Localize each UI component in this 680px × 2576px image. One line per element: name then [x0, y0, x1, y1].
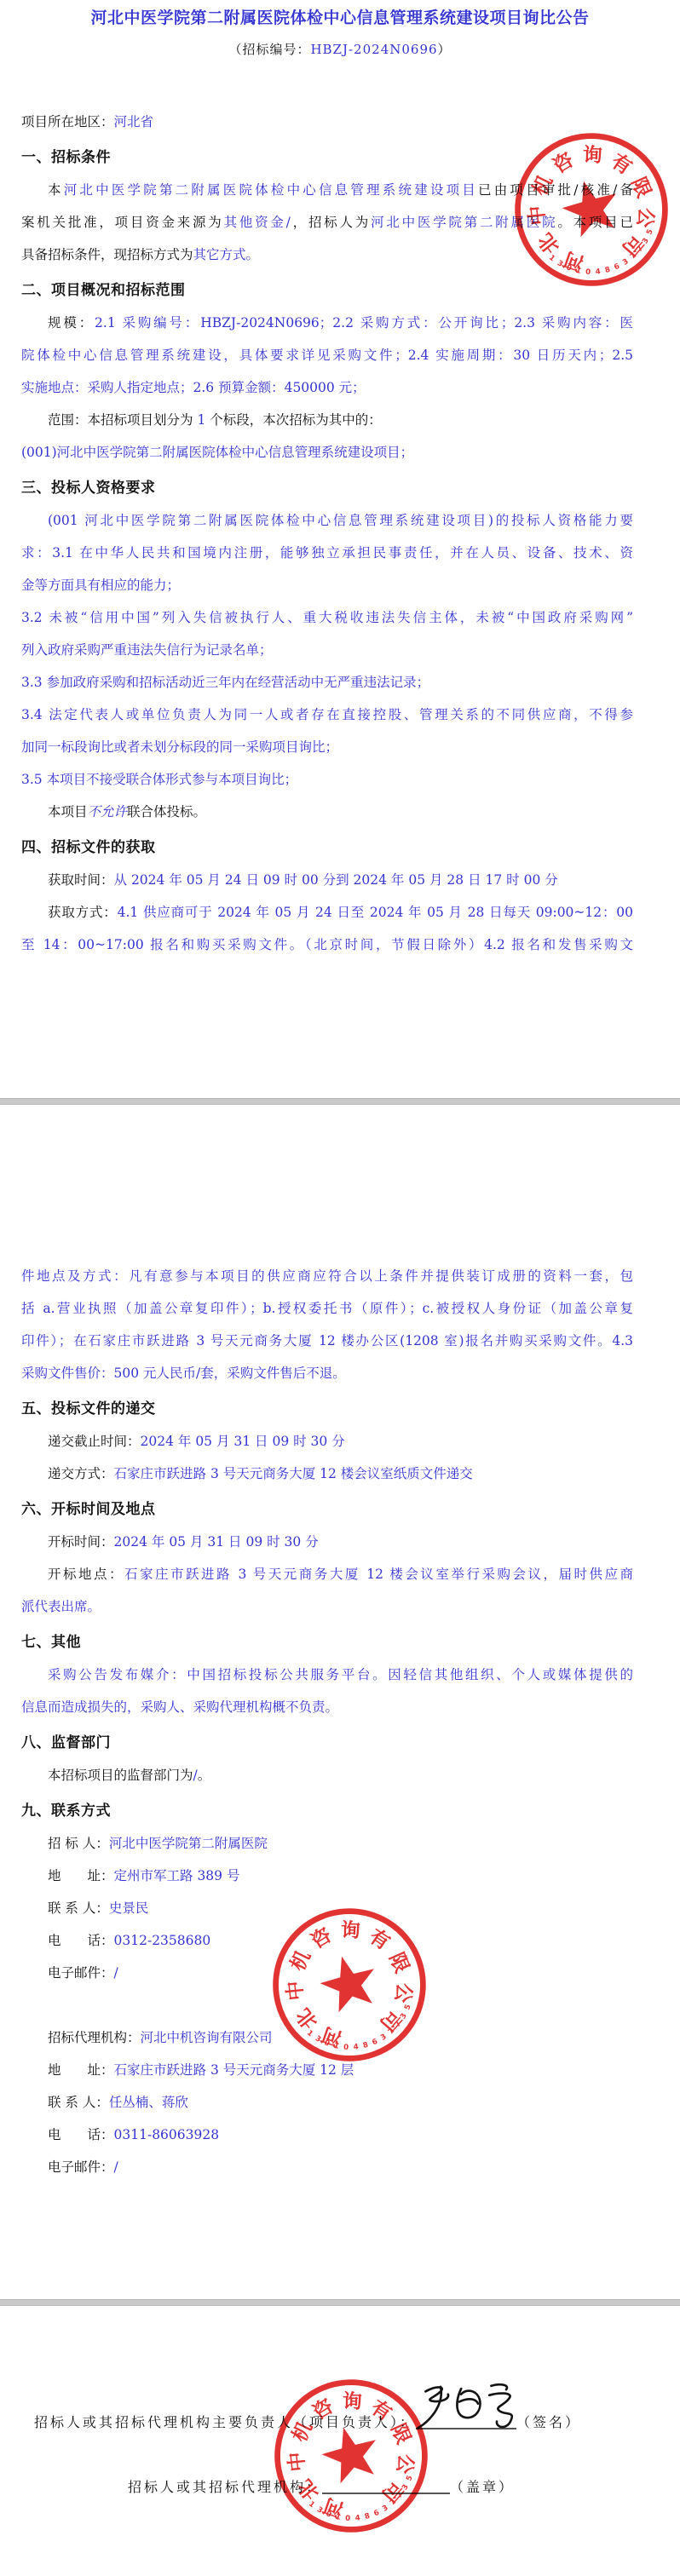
text-run: 求：3.1 在中华人民共和国境内注册，能够独立承担民事责任，并在人员、设备、技术…	[21, 545, 633, 561]
doc-line: 本招标项目的监督部门为/。	[21, 1759, 633, 1791]
text-run: 从 2024 年 05 月 24 日 09 时 00 分到 2024 年 05 …	[114, 872, 558, 888]
text-run: 河北中医学院第二附属医院体检中心信息管理系统建设项目	[64, 182, 478, 198]
doc-line: 地 址：石家庄市跃进路 3 号天元商务大厦 12 层	[21, 2054, 633, 2086]
tender-number: （招标编号：HBZJ-2024N0696）	[0, 39, 680, 60]
text-run: ）	[438, 42, 452, 57]
text-run: 招 标 人：	[48, 1836, 109, 1851]
page-1-body: 项目所在地区：河北省一、招标条件本河北中医学院第二附属医院体检中心信息管理系统建…	[0, 106, 680, 961]
doc-line: 项目所在地区：河北省	[21, 106, 633, 138]
page-title: 河北中医学院第二附属医院体检中心信息管理系统建设项目询比公告	[0, 5, 680, 31]
text-run: 地 址：	[48, 1868, 114, 1883]
doc-line: 开标时间：2024 年 05 月 31 日 09 时 30 分	[21, 1526, 633, 1558]
text-run: /	[114, 1965, 118, 1981]
page-3: 招标人或其招标代理机构主要负责人（项目负责人）： （签名） 招标人或其招标代理机…	[0, 2306, 680, 2576]
text-run: 院体检中心信息管理系统建设，具体要求详见采购文件；2.4 实施周期：30 日历天…	[21, 348, 633, 363]
text-run: 已由项目审批/核准/备	[478, 182, 633, 198]
text-run: 石家庄市跃进路 3 号天元商务大厦 12 楼会议室举行采购会议，届时供应商	[124, 1567, 633, 1582]
text-run: 获取时间：	[48, 872, 114, 888]
text-run: 派代表出席。	[21, 1599, 101, 1614]
signature-row-1: 招标人或其招标代理机构主要负责人（项目负责人）： （签名）	[0, 2306, 680, 2435]
doc-line: 招标代理机构：河北中机咨询有限公司	[21, 2021, 633, 2054]
text-run: 至 14：00~17:00 报名和购买采购文件。（北京时间，节假日除外）4.2 …	[21, 937, 633, 952]
doc-line: 递交方式：石家庄市跃进路 3 号天元商务大厦 12 楼会议室纸质文件递交	[21, 1458, 633, 1490]
doc-line: 求：3.1 在中华人民共和国境内注册，能够独立承担民事责任，并在人员、设备、技术…	[21, 537, 633, 569]
text-run: 开标地点：	[48, 1567, 124, 1582]
text-run: 具备招标条件，现招标方式为	[21, 247, 193, 262]
doc-line: 采购公告发布媒介：中国招标投标公共服务平台。因轻信其他组织、个人或媒体提供的	[21, 1659, 633, 1691]
text-run: 本	[48, 182, 64, 198]
doc-line: (001 河北中医学院第二附属医院体检中心信息管理系统建设项目)的投标人资格能力…	[21, 504, 633, 537]
text-run: 4.1 供应商可于 2024 年 05 月 24 日至 2024 年 05 月 …	[118, 905, 633, 920]
doc-line: 开标地点：石家庄市跃进路 3 号天元商务大厦 12 楼会议室举行采购会议，届时供…	[21, 1558, 633, 1590]
text-run: 2024 年 05 月 31 日 09 时 30 分	[114, 1534, 319, 1550]
doc-line: 采购文件售价：500 元人民币/套，采购文件售后不退。	[21, 1357, 633, 1389]
text-run: 2.1 采购编号：HBZJ-2024N0696；2.2 采购方式：公开询比；2.…	[95, 315, 633, 331]
text-run: 采购文件售价：500 元人民币/套，采购文件售后不退。	[21, 1366, 346, 1381]
doc-line: 印件）；在石家庄市跃进路 3 号天元商务大厦 12 楼办公区(1208 室)报名…	[21, 1325, 633, 1357]
text-run: 3.5 本项目不接受联合体形式参与本项目询比；	[21, 772, 297, 787]
signature-label: 招标人或其招标代理机构主要负责人（项目负责人）：	[34, 2414, 416, 2430]
handwritten-signature	[409, 2378, 528, 2435]
doc-line: 派代表出席。	[21, 1590, 633, 1623]
text-run: 电 话：	[48, 1933, 114, 1948]
text-run: 3.4 法定代表人或单位负责人为同一人或者存在直接控股、管理关系的不同供应商，不…	[21, 707, 633, 722]
text-run: 0312-2358680	[114, 1933, 211, 1948]
doc-line: 金等方面具有相应的能力；	[21, 569, 633, 601]
doc-line: 具备招标条件，现招标方式为其它方式。	[21, 239, 633, 271]
section-heading: 一、招标条件	[21, 141, 633, 174]
doc-line: 规模：2.1 采购编号：HBZJ-2024N0696；2.2 采购方式：公开询比…	[21, 307, 633, 339]
section-heading: 四、招标文件的获取	[21, 831, 633, 864]
text-run: 印件）；在石家庄市跃进路 3 号天元商务大厦 12 楼办公区(1208 室)报名…	[21, 1333, 633, 1348]
text-run: 0311-86063928	[114, 2127, 220, 2142]
text-run: 递交截止时间：	[48, 1434, 141, 1449]
text-run: 石家庄市跃进路 3 号天元商务大厦 12 楼会议室纸质文件递交	[114, 1466, 473, 1481]
text-run: 电子邮件：	[48, 2159, 114, 2175]
text-run: 电 话：	[48, 2127, 114, 2142]
text-run: 史景民	[109, 1900, 149, 1916]
text-run: 本招标项目的监督部门为	[48, 1768, 193, 1783]
doc-line: 电 话：0312-2358680	[21, 1924, 633, 1957]
doc-line: 括 a.营业执照（加盖公章复印件）；b.授权委托书（原件）；c.被授权人身份证（…	[21, 1292, 633, 1325]
doc-line: 3.4 法定代表人或单位负责人为同一人或者存在直接控股、管理关系的不同供应商，不…	[21, 699, 633, 731]
seal-suffix: （盖章）	[450, 2479, 515, 2495]
doc-line: 本河北中医学院第二附属医院体检中心信息管理系统建设项目已由项目审批/核准/备	[21, 174, 633, 206]
text-run: (001 河北中医学院第二附属医院体检中心信息管理系统建设项目)的投标人资格能力…	[48, 513, 633, 528]
text-run: 任丛楠、蒋欣	[109, 2095, 188, 2110]
page-2-body: 件地点及方式：凡有意参与本项目的供应商应符合以上条件并提供装订成册的资料一套，包…	[0, 1105, 680, 2183]
section-heading: 二、项目概况和招标范围	[21, 274, 633, 307]
text-run: 信息而造成损失的，采购人、采购代理机构概不负责。	[21, 1699, 338, 1715]
section-heading: 三、投标人资格要求	[21, 472, 633, 504]
text-run: 联 系 人：	[48, 2095, 109, 2110]
doc-line: 获取时间：从 2024 年 05 月 24 日 09 时 00 分到 2024 …	[21, 864, 633, 896]
page-1: 河北中医学院第二附属医院体检中心信息管理系统建设项目询比公告 （招标编号：HBZ…	[0, 5, 680, 1098]
section-heading: 八、监督部门	[21, 1727, 633, 1759]
doc-line: 招 标 人：河北中医学院第二附属医院	[21, 1827, 633, 1860]
doc-line: 递交截止时间：2024 年 05 月 31 日 09 时 30 分	[21, 1425, 633, 1458]
signature-line	[416, 2412, 516, 2429]
section-heading: 六、开标时间及地点	[21, 1493, 633, 1526]
section-heading: 七、其他	[21, 1626, 633, 1659]
text-run: 3.2 未被“信用中国”列入失信被执行人、重大税收违法失信主体，未被“中国政府采…	[21, 610, 633, 625]
seal-line	[322, 2477, 450, 2494]
doc-line: 加同一标段询比或者未划分标段的同一采购项目询比；	[21, 731, 633, 763]
text-run: 河北中医学院第二附属医院	[371, 215, 557, 230]
document: { "colors": { "blue": "#3434d3", "red": …	[0, 0, 680, 2576]
text-run: (001)河北中医学院第二附属医院体检中心信息管理系统建设项目；	[21, 445, 413, 460]
doc-line: 信息而造成损失的，采购人、采购代理机构概不负责。	[21, 1691, 633, 1723]
text-run: 河北省	[114, 114, 154, 129]
text-run: 金等方面具有相应的能力；	[21, 578, 180, 593]
page-separator	[0, 1098, 680, 1105]
page-separator	[0, 2299, 680, 2306]
doc-line: 3.2 未被“信用中国”列入失信被执行人、重大税收违法失信主体，未被“中国政府采…	[21, 601, 633, 634]
text-run: HBZJ-2024N0696	[310, 42, 437, 57]
text-run: 联合体投标。	[127, 804, 206, 819]
text-run: 石家庄市跃进路 3 号天元商务大厦 12 层	[114, 2062, 354, 2078]
doc-line: 3.5 本项目不接受联合体形式参与本项目询比；	[21, 763, 633, 796]
text-run: 递交方式：	[48, 1466, 114, 1481]
text-run: 本项目	[48, 804, 88, 819]
doc-line: 联 系 人：任丛楠、蒋欣	[21, 2086, 633, 2119]
doc-line: 地 址：定州市军工路 389 号	[21, 1860, 633, 1892]
text-run: 案机关批准，项目资金来源为	[21, 215, 224, 230]
doc-line: (001)河北中医学院第二附属医院体检中心信息管理系统建设项目；	[21, 436, 633, 469]
text-run: 其他资金/	[224, 215, 291, 230]
text-run: 括 a.营业执照（加盖公章复印件）；b.授权委托书（原件）；c.被授权人身份证（…	[21, 1301, 633, 1316]
text-run: 。本项目已	[557, 215, 633, 230]
doc-line: 电子邮件：/	[21, 2151, 633, 2183]
doc-line: 电 话：0311-86063928	[21, 2119, 633, 2151]
doc-line: 实施地点：采购人指定地点；2.6 预算金额：450000 元；	[21, 371, 633, 404]
doc-line: 本项目不允许联合体投标。	[21, 796, 633, 828]
signature-row-2: 招标人或其招标代理机构：（盖章）	[0, 2475, 680, 2500]
section-heading: 五、投标文件的递交	[21, 1393, 633, 1425]
doc-line: 列入政府采购严重违法失信行为记录名单；	[21, 634, 633, 666]
doc-line: 联 系 人：史景民	[21, 1892, 633, 1924]
doc-line: 3.3 参加政府采购和招标活动近三年内在经营活动中无严重违法记录；	[21, 666, 633, 699]
text-run: 采购公告发布媒介：中国招标投标公共服务平台。因轻信其他组织、个人或媒体提供的	[48, 1667, 633, 1682]
text-run: /	[114, 2159, 118, 2175]
doc-line: 电子邮件：/	[21, 1957, 633, 1989]
page-2: 件地点及方式：凡有意参与本项目的供应商应符合以上条件并提供装订成册的资料一套，包…	[0, 1105, 680, 2299]
doc-line: 案机关批准，项目资金来源为其他资金/，招标人为河北中医学院第二附属医院。本项目已	[21, 206, 633, 239]
text-run: 。	[198, 1768, 211, 1783]
text-run: 规模：	[48, 315, 95, 331]
text-run: 加同一标段询比或者未划分标段的同一采购项目询比；	[21, 739, 338, 755]
section-heading: 九、联系方式	[21, 1795, 633, 1827]
text-run: 项目所在地区：	[21, 114, 114, 129]
text-run: 不允许	[88, 804, 128, 819]
doc-line: 范围：本招标项目划分为 1 个标段，本次招标为其中的：	[21, 404, 633, 436]
text-run: 其它方式。	[193, 247, 260, 262]
doc-line: 院体检中心信息管理系统建设，具体要求详见采购文件；2.4 实施周期：30 日历天…	[21, 339, 633, 371]
text-run: 范围：本招标项目划分为	[48, 412, 197, 428]
text-run: 河北中机咨询有限公司	[141, 2030, 273, 2045]
text-run: 联 系 人：	[48, 1900, 109, 1916]
text-run: 件地点及方式：凡有意参与本项目的供应商应符合以上条件并提供装订成册的资料一套，包	[21, 1268, 633, 1284]
text-run: 列入政府采购严重违法失信行为记录名单；	[21, 642, 273, 658]
text-run: 开标时间：	[48, 1534, 114, 1550]
doc-line: 至 14：00~17:00 报名和购买采购文件。（北京时间，节假日除外）4.2 …	[21, 929, 633, 961]
text-run: 个标段，本次招标为其中的：	[205, 412, 381, 428]
seal-label: 招标人或其招标代理机构：	[128, 2479, 322, 2495]
text-run: 3.3 参加政府采购和招标活动近三年内在经营活动中无严重违法记录；	[21, 675, 429, 690]
doc-line: 获取方式：4.1 供应商可于 2024 年 05 月 24 日至 2024 年 …	[21, 896, 633, 929]
text-run: 河北中医学院第二附属医院	[109, 1836, 268, 1851]
text-run: 电子邮件：	[48, 1965, 114, 1981]
text-run: 实施地点：采购人指定地点；2.6 预算金额：450000 元；	[21, 380, 366, 395]
doc-line: 件地点及方式：凡有意参与本项目的供应商应符合以上条件并提供装订成册的资料一套，包	[21, 1260, 633, 1292]
text-run: ，招标人为	[291, 215, 371, 230]
text-run: 地 址：	[48, 2062, 114, 2078]
text-run: 获取方式：	[48, 905, 118, 920]
text-run: （招标编号：	[228, 42, 310, 57]
text-run: 定州市军工路 389 号	[114, 1868, 240, 1883]
text-run: 招标代理机构：	[48, 2030, 141, 2045]
text-run: 2024 年 05 月 31 日 09 时 30 分	[141, 1434, 345, 1449]
text-run: 1	[197, 412, 205, 428]
spacer	[21, 1989, 633, 2021]
